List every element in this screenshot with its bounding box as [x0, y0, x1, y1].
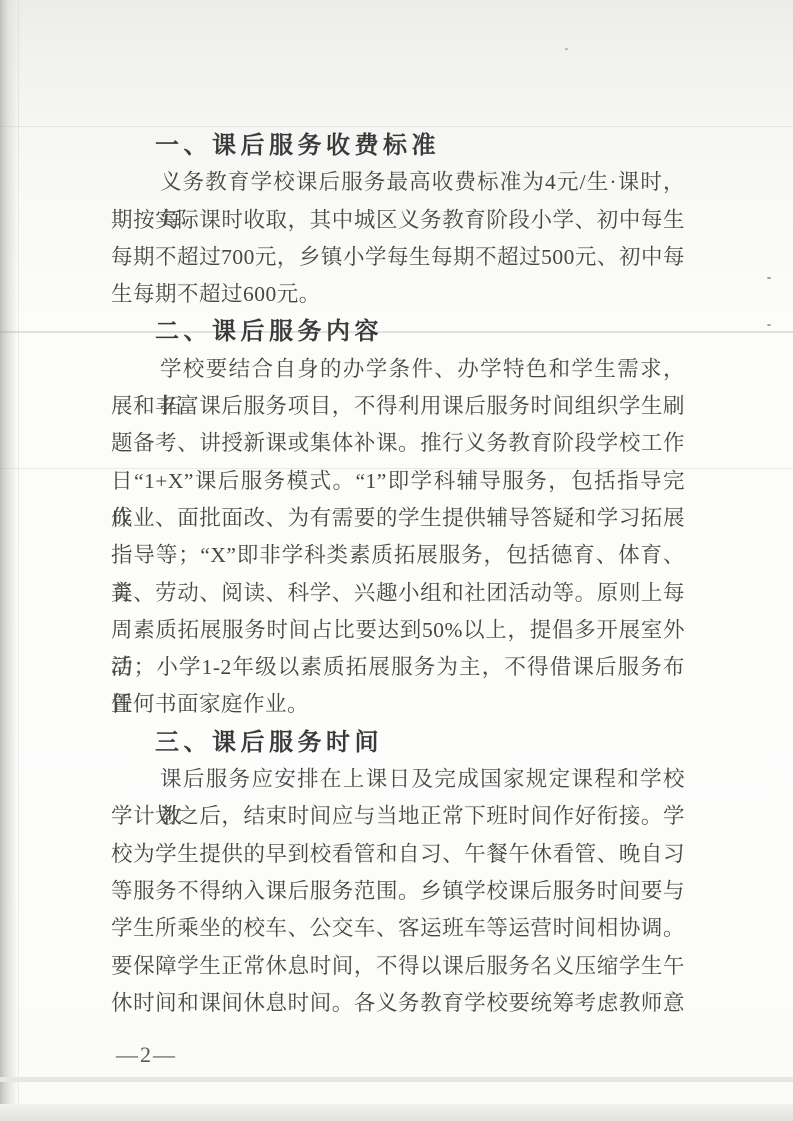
text-line: 育、劳动、阅读、科学、兴趣小组和社团活动等。原则上每 — [111, 575, 685, 612]
text-line: 作业、面批面改、为有需要的学生提供辅导答疑和学习拓展 — [111, 500, 685, 537]
scan-streak — [0, 1077, 793, 1082]
text-line: 学校要结合自身的办学条件、办学特色和学生需求，拓 — [111, 351, 685, 388]
document-body: 一、课后服务收费标准义务教育学校课后服务最高收费标准为4元/生·课时，每期按实际… — [111, 127, 685, 1022]
scanned-document-page: 一、课后服务收费标准义务教育学校课后服务最高收费标准为4元/生·课时，每期按实际… — [0, 0, 793, 1121]
text-line: 校为学生提供的早到校看管和自习、午餐午休看管、晚自习 — [111, 836, 685, 873]
scan-speck — [767, 277, 771, 279]
text-line: 课后服务应安排在上课日及完成国家规定课程和学校教 — [111, 761, 685, 798]
text-line: 动；小学1-2年级以素质拓展服务为主，不得借课后服务布置 — [111, 649, 685, 686]
section-heading-3: 三、课后服务时间 — [111, 724, 685, 761]
text-line: 任何书面家庭作业。 — [111, 686, 685, 723]
text-line: 期按实际课时收取，其中城区义务教育阶段小学、初中每生 — [111, 202, 685, 239]
text-line: 休时间和课间休息时间。各义务教育学校要统筹考虑教师意 — [111, 985, 685, 1022]
text-line: 要保障学生正常休息时间，不得以课后服务名义压缩学生午 — [111, 948, 685, 985]
page-number: —2— — [116, 1042, 177, 1068]
text-line: 义务教育学校课后服务最高收费标准为4元/生·课时，每 — [111, 164, 685, 201]
text-line: 日“1+X”课后服务模式。“1”即学科辅导服务，包括指导完成 — [111, 463, 685, 500]
text-line: 指导等；“X”即非学科类素质拓展服务，包括德育、体育、美 — [111, 537, 685, 574]
scan-bottom-band — [0, 1104, 793, 1121]
scan-speck — [565, 48, 568, 50]
text-line: 每期不超过700元，乡镇小学每生每期不超过500元、初中每 — [111, 239, 685, 276]
scan-speck — [767, 324, 771, 326]
text-line: 等服务不得纳入课后服务范围。乡镇学校课后服务时间要与 — [111, 873, 685, 910]
text-line: 题备考、讲授新课或集体补课。推行义务教育阶段学校工作 — [111, 425, 685, 462]
scan-edge-shadow — [0, 0, 18, 1121]
section-heading-2: 二、课后服务内容 — [111, 313, 685, 350]
text-line: 学计划之后，结束时间应与当地正常下班时间作好衔接。学 — [111, 798, 685, 835]
text-line: 展和丰富课后服务项目，不得利用课后服务时间组织学生刷 — [111, 388, 685, 425]
scan-edge-line — [18, 0, 19, 1121]
text-line: 周素质拓展服务时间占比要达到50%以上，提倡多开展室外活 — [111, 612, 685, 649]
text-line: 生每期不超过600元。 — [111, 276, 685, 313]
section-heading-1: 一、课后服务收费标准 — [111, 127, 685, 164]
text-line: 学生所乘坐的校车、公交车、客运班车等运营时间相协调。 — [111, 910, 685, 947]
